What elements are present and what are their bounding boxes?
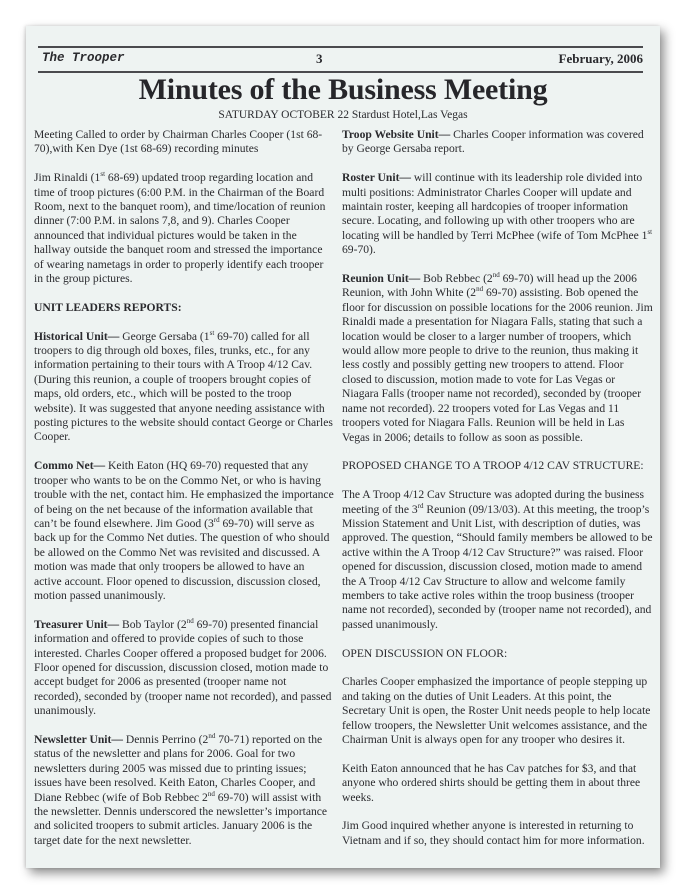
structure-paragraph: The A Troop 4/12 Cav Structure was adopt… bbox=[342, 488, 654, 632]
reunion-unit-label: Reunion Unit— bbox=[342, 272, 420, 285]
commo-net-label: Commo Net— bbox=[34, 459, 105, 472]
cooper-emphasis-paragraph: Charles Cooper emphasized the importance… bbox=[342, 675, 654, 747]
eaton-patches-paragraph: Keith Eaton announced that he has Cav pa… bbox=[342, 762, 654, 805]
commo-net-paragraph: Commo Net— Keith Eaton (HQ 69-70) reques… bbox=[34, 459, 334, 603]
opening-paragraph: Meeting Called to order by Chairman Char… bbox=[34, 128, 334, 157]
good-vietnam-paragraph: Jim Good inquired whether anyone is inte… bbox=[342, 819, 654, 848]
treasurer-unit-label: Treasurer Unit— bbox=[34, 618, 119, 631]
left-column: Meeting Called to order by Chairman Char… bbox=[34, 128, 334, 863]
proposed-change-heading: PROPOSED CHANGE TO A TROOP 4/12 CAV STRU… bbox=[342, 459, 654, 473]
historical-unit-paragraph: Historical Unit— George Gersaba (1st 69-… bbox=[34, 330, 334, 445]
unit-leaders-heading: UNIT LEADERS REPORTS: bbox=[34, 301, 334, 315]
newsletter-unit-paragraph: Newsletter Unit— Dennis Perrino (2nd 70-… bbox=[34, 733, 334, 848]
historical-unit-label: Historical Unit— bbox=[34, 330, 119, 343]
newsletter-unit-label: Newsletter Unit— bbox=[34, 733, 123, 746]
publication-name: The Trooper bbox=[42, 51, 125, 65]
open-discussion-heading: OPEN DISCUSSION ON FLOOR: bbox=[342, 647, 654, 661]
page-title: Minutes of the Business Meeting bbox=[26, 73, 660, 107]
issue-date: February, 2006 bbox=[559, 51, 644, 67]
website-unit-paragraph: Troop Website Unit— Charles Cooper infor… bbox=[342, 128, 654, 157]
header-top-rule bbox=[38, 46, 643, 48]
roster-unit-paragraph: Roster Unit— will continue with its lead… bbox=[342, 171, 654, 257]
roster-unit-label: Roster Unit— bbox=[342, 171, 411, 184]
right-column: Troop Website Unit— Charles Cooper infor… bbox=[342, 128, 654, 863]
treasurer-unit-paragraph: Treasurer Unit— Bob Taylor (2nd 69-70) p… bbox=[34, 618, 334, 719]
reunion-unit-paragraph: Reunion Unit— Bob Rebbec (2nd 69-70) wil… bbox=[342, 272, 654, 445]
newsletter-page: The Trooper 3 February, 2006 Minutes of … bbox=[26, 26, 660, 868]
running-head: The Trooper 3 February, 2006 bbox=[42, 50, 642, 70]
rinaldi-paragraph: Jim Rinaldi (1st 68-69) updated troop re… bbox=[34, 171, 334, 286]
meeting-subtitle: SATURDAY OCTOBER 22 Stardust Hotel,Las V… bbox=[26, 109, 660, 121]
page-number: 3 bbox=[316, 51, 323, 67]
website-unit-label: Troop Website Unit— bbox=[342, 128, 450, 141]
